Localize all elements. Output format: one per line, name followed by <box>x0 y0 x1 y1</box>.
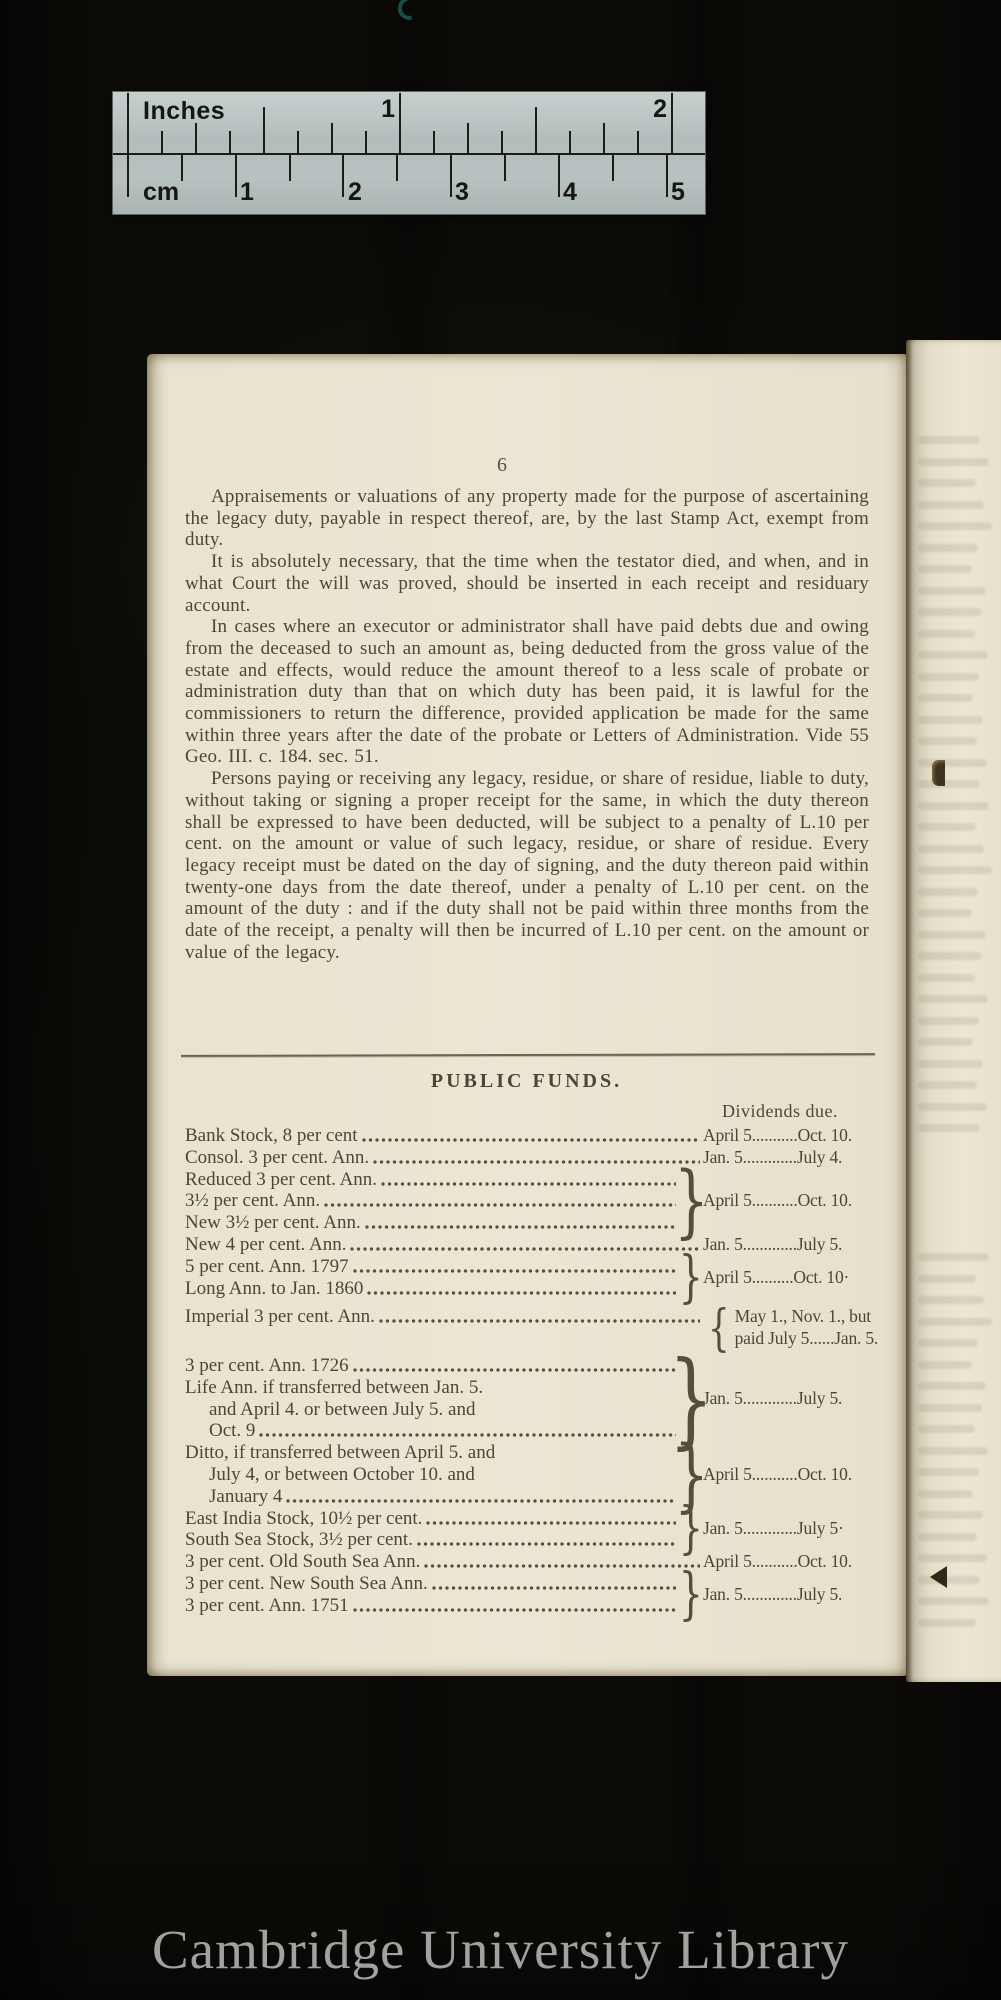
cm-tick <box>612 155 614 181</box>
inch-tick <box>637 131 639 153</box>
cm-tick <box>504 155 506 181</box>
showthrough-text-line <box>918 866 992 874</box>
dot-leader <box>366 1278 676 1299</box>
showthrough-text-line <box>918 1511 983 1519</box>
funds-row: Consol. 3 per cent. Ann.Jan. 5..........… <box>185 1147 897 1169</box>
inch-tick <box>671 93 673 153</box>
group-brace: } <box>679 1573 703 1617</box>
fund-name-line: Ditto, if transferred between April 5. a… <box>185 1442 679 1464</box>
dividend-date-line: April 5..........Oct. 10· <box>703 1267 897 1289</box>
group-brace: } <box>679 1256 703 1300</box>
fund-name-line: 3 per cent. New South Sea Ann. <box>185 1573 679 1595</box>
fund-names: 5 per cent. Ann. 1797Long Ann. to Jan. 1… <box>185 1256 679 1300</box>
fund-name: East India Stock, 10½ per cent. <box>185 1508 422 1530</box>
paragraph-executor: In cases where an executor or administra… <box>185 616 869 768</box>
showthrough-text-line <box>918 1425 975 1433</box>
cm-number: 1 <box>240 178 254 207</box>
showthrough-text-line <box>918 1597 989 1605</box>
page-marker-icon <box>930 1566 947 1588</box>
showthrough-text-line <box>918 888 978 896</box>
showthrough-text-line <box>918 587 986 595</box>
fund-names: 3 per cent. Ann. 1726Life Ann. if transf… <box>185 1355 679 1442</box>
fund-name: 3½ per cent. Ann. <box>185 1190 320 1212</box>
funds-row: Bank Stock, 8 per centApril 5...........… <box>185 1125 897 1147</box>
funds-row: 3 per cent. Old South Sea Ann.April 5...… <box>185 1551 897 1573</box>
inch-tick <box>399 93 401 153</box>
fund-name: New 4 per cent. Ann. <box>185 1234 346 1256</box>
funds-row: New 4 per cent. Ann.Jan. 5.............J… <box>185 1234 897 1256</box>
dot-leader <box>423 1551 700 1572</box>
dividend-date-line: Jan. 5.............July 4. <box>703 1147 897 1169</box>
showthrough-text-line <box>918 1275 976 1283</box>
showthrough-text-line <box>918 1103 987 1111</box>
fund-name: Life Ann. if transferred between Jan. 5. <box>185 1377 483 1399</box>
ruler: Inches cm 1212345 <box>113 92 705 214</box>
cm-tick <box>396 155 398 181</box>
showthrough-text-line <box>918 1017 979 1025</box>
dot-leader <box>361 1125 700 1146</box>
dividend-date-line: May 1., Nov. 1., but <box>735 1306 878 1328</box>
dot-leader <box>416 1529 676 1550</box>
dot-leader <box>349 1234 700 1255</box>
dividend-dates: April 5...........Oct. 10. <box>703 1125 897 1147</box>
fund-name-line: 5 per cent. Ann. 1797 <box>185 1256 679 1278</box>
inch-number: 2 <box>643 95 667 124</box>
inch-tick <box>535 107 537 153</box>
showthrough-text-line <box>918 1554 987 1562</box>
fund-name-line: Life Ann. if transferred between Jan. 5. <box>185 1377 679 1399</box>
fund-names: Imperial 3 per cent. Ann. <box>185 1306 703 1350</box>
dividend-dates: April 5..........Oct. 10· <box>703 1256 897 1300</box>
fund-name-line: Reduced 3 per cent. Ann. <box>185 1169 679 1191</box>
showthrough-text-line <box>918 1081 977 1089</box>
fund-name: 3 per cent. Old South Sea Ann. <box>185 1551 420 1573</box>
dividend-date-line: Jan. 5.............July 5. <box>703 1234 897 1256</box>
cm-tick <box>450 155 452 197</box>
showthrough-text-line <box>918 565 972 573</box>
cm-tick <box>127 155 129 197</box>
showthrough-text-line <box>918 759 987 767</box>
dividend-date-line: Jan. 5.............July 5· <box>703 1518 897 1540</box>
funds-row: 5 per cent. Ann. 1797Long Ann. to Jan. 1… <box>185 1256 897 1300</box>
showthrough-text-line <box>918 952 982 960</box>
cm-number: 5 <box>671 178 685 207</box>
dot-leader <box>372 1147 700 1168</box>
fund-name: New 3½ per cent. Ann. <box>185 1212 361 1234</box>
ruler-midline <box>113 153 705 155</box>
showthrough-text-line <box>918 522 992 530</box>
showthrough-text-line <box>918 995 988 1003</box>
cm-tick <box>342 155 344 197</box>
fund-name-line: 3 per cent. Ann. 1751 <box>185 1595 679 1617</box>
showthrough-text-line <box>918 1468 979 1476</box>
photo-stage: Inches cm 1212345 6 Appraisements or val… <box>0 0 1001 2000</box>
inch-tick <box>195 123 197 153</box>
fund-name-line: and April 4. or between July 5. and <box>185 1399 679 1421</box>
inch-tick <box>331 123 333 153</box>
showthrough-text-line <box>918 1447 988 1455</box>
fund-names: 3 per cent. New South Sea Ann.3 per cent… <box>185 1573 679 1617</box>
showthrough-text-line <box>918 501 984 509</box>
dividends-due-heading: Dividends due. <box>722 1101 838 1122</box>
dot-leader <box>431 1573 676 1594</box>
fund-name-line: 3½ per cent. Ann. <box>185 1190 679 1212</box>
showthrough-text-line <box>918 479 976 487</box>
showthrough-text-line <box>918 909 972 917</box>
spine-mark <box>394 0 426 24</box>
paragraph-testator: It is absolutely necessary, that the tim… <box>185 551 869 616</box>
showthrough-text-line <box>918 1038 973 1046</box>
cm-tick <box>666 155 668 197</box>
dividend-dates: Jan. 5.............July 4. <box>703 1147 897 1169</box>
dividend-dates: Jan. 5.............July 5. <box>703 1573 897 1617</box>
fund-name-line: Imperial 3 per cent. Ann. <box>185 1306 703 1328</box>
fund-names: Bank Stock, 8 per cent <box>185 1125 703 1147</box>
fund-name-line: July 4, or between October 10. and <box>185 1464 679 1486</box>
group-brace: } <box>679 1508 703 1552</box>
facing-page-showthrough-text <box>906 340 1001 1682</box>
dividend-dates: April 5...........Oct. 10. <box>703 1442 897 1507</box>
dividend-dates: {May 1., Nov. 1., butpaid July 5......Ja… <box>703 1306 897 1350</box>
showthrough-text-line <box>918 1060 983 1068</box>
inch-tick <box>161 131 163 153</box>
showthrough-text-line <box>918 608 982 616</box>
fund-names: New 4 per cent. Ann. <box>185 1234 703 1256</box>
fund-names: East India Stock, 10½ per cent.South Sea… <box>185 1508 679 1552</box>
public-funds-table: Bank Stock, 8 per centApril 5...........… <box>185 1125 897 1617</box>
showthrough-text-line <box>918 1533 977 1541</box>
inch-tick <box>603 123 605 153</box>
showthrough-text-line <box>918 931 986 939</box>
dividend-date-line: April 5...........Oct. 10. <box>703 1125 897 1147</box>
dividend-dates: April 5...........Oct. 10. <box>703 1551 897 1573</box>
showthrough-text-line <box>918 1296 984 1304</box>
funds-row: Ditto, if transferred between April 5. a… <box>185 1442 897 1507</box>
inch-tick <box>263 107 265 153</box>
fund-name-line: 3 per cent. Old South Sea Ann. <box>185 1551 703 1573</box>
fund-name-line: Long Ann. to Jan. 1860 <box>185 1278 679 1300</box>
dot-leader <box>352 1595 676 1616</box>
inch-tick <box>467 123 469 153</box>
fund-name-line: South Sea Stock, 3½ per cent. <box>185 1529 679 1551</box>
cm-tick <box>235 155 237 197</box>
dividend-dates: Jan. 5.............July 5. <box>703 1355 897 1442</box>
dot-leader <box>323 1190 676 1211</box>
funds-row: Imperial 3 per cent. Ann.{May 1., Nov. 1… <box>185 1306 897 1350</box>
fund-name: 3 per cent. Ann. 1726 <box>185 1355 349 1377</box>
inch-number: 1 <box>371 95 395 124</box>
dividend-dates: Jan. 5.............July 5. <box>703 1234 897 1256</box>
fund-name-line: 3 per cent. Ann. 1726 <box>185 1355 679 1377</box>
fund-name: Consol. 3 per cent. Ann. <box>185 1147 369 1169</box>
dividend-dates: April 5...........Oct. 10. <box>703 1169 897 1234</box>
fund-name-line: New 3½ per cent. Ann. <box>185 1212 679 1234</box>
dot-leader <box>352 1355 676 1376</box>
cm-tick <box>289 155 291 181</box>
paragraph-legacy-receipt: Persons paying or receiving any legacy, … <box>185 768 869 963</box>
paragraph-appraisements: Appraisements or valuations of any prope… <box>185 486 869 551</box>
showthrough-text-line <box>918 716 983 724</box>
showthrough-text-line <box>918 1124 980 1132</box>
fund-name: Oct. 9 <box>209 1420 255 1442</box>
showthrough-text-line <box>918 823 976 831</box>
page-number: 6 <box>147 454 857 477</box>
fund-name: January 4 <box>209 1486 282 1508</box>
cm-tick <box>558 155 560 197</box>
showthrough-text-line <box>918 694 973 702</box>
dividend-date-line: paid July 5......Jan. 5. <box>735 1328 878 1350</box>
fund-name: and April 4. or between July 5. and <box>209 1399 475 1421</box>
showthrough-text-line <box>918 1382 986 1390</box>
showthrough-text-line <box>918 673 979 681</box>
showthrough-text-line <box>918 1619 976 1627</box>
inch-tick <box>501 131 503 153</box>
fund-name: July 4, or between October 10. and <box>209 1464 475 1486</box>
funds-row: 3 per cent. Ann. 1726Life Ann. if transf… <box>185 1355 897 1442</box>
inch-tick <box>433 131 435 153</box>
dividend-dates: Jan. 5.............July 5· <box>703 1508 897 1552</box>
fund-name: 5 per cent. Ann. 1797 <box>185 1256 349 1278</box>
dot-leader <box>425 1508 676 1529</box>
group-brace: } <box>679 1169 703 1234</box>
cm-number: 4 <box>563 178 577 207</box>
fund-name-line: Oct. 9 <box>185 1420 679 1442</box>
showthrough-text-line <box>918 458 989 466</box>
funds-row: Reduced 3 per cent. Ann.3½ per cent. Ann… <box>185 1169 897 1234</box>
book-page: 6 Appraisements or valuations of any pro… <box>147 354 906 1676</box>
inch-tick <box>365 131 367 153</box>
showthrough-text-line <box>918 630 975 638</box>
cm-tick <box>181 155 183 181</box>
funds-row: East India Stock, 10½ per cent.South Sea… <box>185 1508 897 1552</box>
showthrough-text-line <box>918 436 980 444</box>
fund-name-line: Consol. 3 per cent. Ann. <box>185 1147 703 1169</box>
inch-tick <box>569 131 571 153</box>
dividend-date-line: Jan. 5.............July 5. <box>703 1388 897 1410</box>
showthrough-text-line <box>918 1361 972 1369</box>
showthrough-text-line <box>918 1404 982 1412</box>
dot-leader <box>352 1256 676 1277</box>
showthrough-text-line <box>918 737 977 745</box>
showthrough-text-line <box>918 780 980 788</box>
fund-names: 3 per cent. Old South Sea Ann. <box>185 1551 703 1573</box>
fund-name: Bank Stock, 8 per cent <box>185 1125 358 1147</box>
dividend-date-line: Jan. 5.............July 5. <box>703 1584 897 1606</box>
showthrough-text-line <box>918 845 984 853</box>
ruler-inches-label: Inches <box>143 97 225 126</box>
fund-name-line: New 4 per cent. Ann. <box>185 1234 703 1256</box>
fund-name-line: Bank Stock, 8 per cent <box>185 1125 703 1147</box>
fund-name: 3 per cent. New South Sea Ann. <box>185 1573 428 1595</box>
showthrough-text-line <box>918 1490 973 1498</box>
body-text: Appraisements or valuations of any prope… <box>185 486 869 963</box>
inch-tick <box>297 131 299 153</box>
dot-leader <box>285 1486 676 1507</box>
fund-names: Consol. 3 per cent. Ann. <box>185 1147 703 1169</box>
fund-name-line: East India Stock, 10½ per cent. <box>185 1508 679 1530</box>
library-watermark: Cambridge University Library <box>0 1918 1001 1981</box>
facing-page-edge <box>906 340 1001 1682</box>
section-divider-rule <box>181 1053 875 1057</box>
fund-name: Reduced 3 per cent. Ann. <box>185 1169 377 1191</box>
fund-name: 3 per cent. Ann. 1751 <box>185 1595 349 1617</box>
fund-name: South Sea Stock, 3½ per cent. <box>185 1529 413 1551</box>
ruler-cm-label: cm <box>143 178 179 207</box>
fund-names: Reduced 3 per cent. Ann.3½ per cent. Ann… <box>185 1169 679 1234</box>
dot-leader <box>258 1420 676 1441</box>
dividend-date-line: April 5...........Oct. 10. <box>703 1551 897 1573</box>
fund-name: Ditto, if transferred between April 5. a… <box>185 1442 495 1464</box>
showthrough-text-line <box>918 802 989 810</box>
cm-number: 2 <box>348 178 362 207</box>
inch-tick <box>229 131 231 153</box>
fund-name: Imperial 3 per cent. Ann. <box>185 1306 375 1328</box>
showthrough-text-line <box>918 1339 978 1347</box>
dividend-date-line: April 5...........Oct. 10. <box>703 1190 897 1212</box>
dot-leader <box>364 1212 676 1233</box>
dot-leader <box>378 1306 700 1327</box>
dot-leader <box>380 1169 676 1190</box>
showthrough-text-line <box>918 1576 980 1584</box>
fund-name: Long Ann. to Jan. 1860 <box>185 1278 363 1300</box>
dividend-date-line: April 5...........Oct. 10. <box>703 1464 897 1486</box>
showthrough-text-line <box>918 651 988 659</box>
showthrough-text-line <box>918 1318 992 1326</box>
fund-names: Ditto, if transferred between April 5. a… <box>185 1442 679 1507</box>
showthrough-text-line <box>918 974 975 982</box>
showthrough-text-line <box>918 1253 989 1261</box>
fund-name-line: January 4 <box>185 1486 679 1508</box>
showthrough-text-line <box>918 544 978 552</box>
public-funds-title: PUBLIC FUNDS. <box>147 1070 906 1093</box>
page-clasp-icon <box>932 760 945 786</box>
cm-number: 3 <box>455 178 469 207</box>
funds-row: 3 per cent. New South Sea Ann.3 per cent… <box>185 1573 897 1617</box>
inch-tick <box>127 93 129 153</box>
